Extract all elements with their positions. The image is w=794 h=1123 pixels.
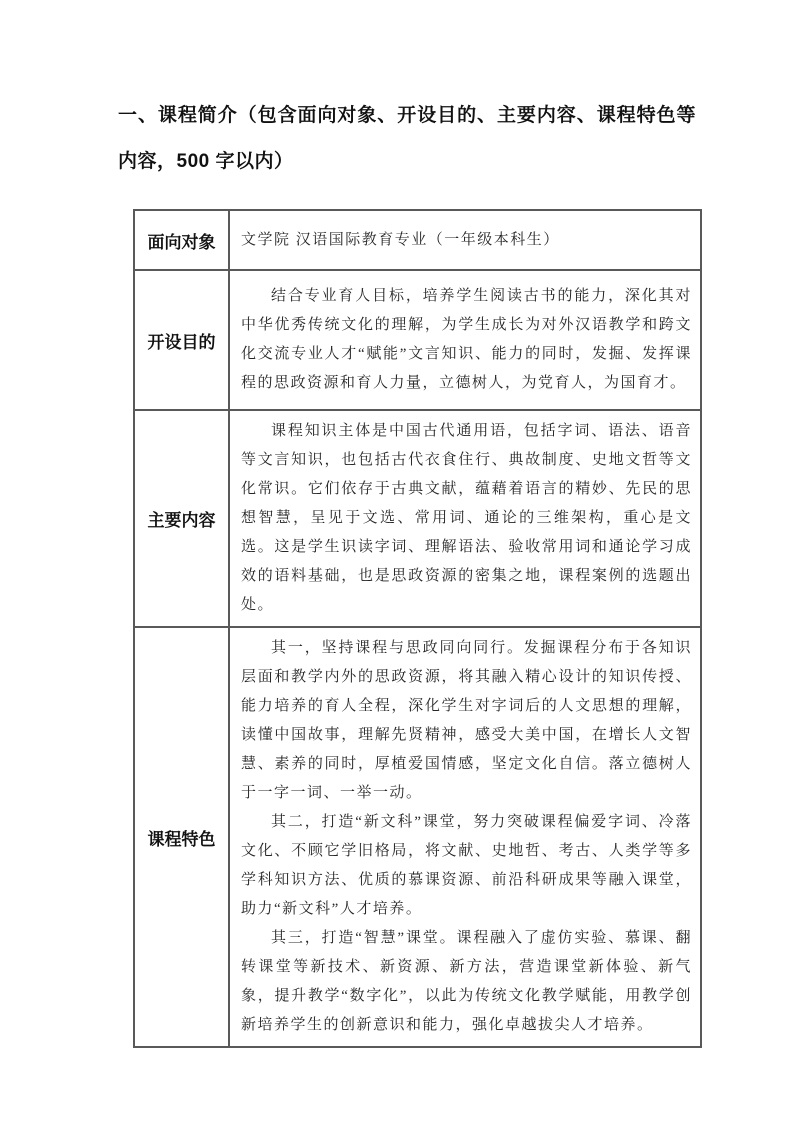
section-heading: 一、课程简介（包含面向对象、开设目的、主要内容、课程特色等内容，500 字以内）	[118, 93, 696, 185]
row-label-course-features: 课程特色	[134, 627, 229, 1047]
table-row-target-audience: 面向对象 文学院 汉语国际教育专业（一年级本科生）	[134, 210, 701, 270]
row-label-course-purpose: 开设目的	[134, 270, 229, 410]
course-intro-table: 面向对象 文学院 汉语国际教育专业（一年级本科生） 开设目的 结合专业育人目标，…	[133, 209, 702, 1048]
content-paragraph: 文学院 汉语国际教育专业（一年级本科生）	[241, 226, 692, 255]
content-paragraph: 其一，坚持课程与思政同向同行。发掘课程分布于各知识层面和教学内外的思政资源，将其…	[241, 634, 692, 808]
row-content-course-purpose: 结合专业育人目标，培养学生阅读古书的能力，深化其对中华优秀传统文化的理解，为学生…	[229, 270, 701, 410]
content-paragraph: 其二，打造“新文科”课堂，努力突破课程偏爱字词、冷落文化、不顾它学旧格局，将文献…	[241, 808, 692, 924]
row-label-main-content: 主要内容	[134, 410, 229, 627]
table-row-course-features: 课程特色 其一，坚持课程与思政同向同行。发掘课程分布于各知识层面和教学内外的思政…	[134, 627, 701, 1047]
content-paragraph: 课程知识主体是中国古代通用语，包括字词、语法、语音等文言知识，也包括古代衣食住行…	[241, 417, 692, 620]
row-content-target-audience: 文学院 汉语国际教育专业（一年级本科生）	[229, 210, 701, 270]
row-content-course-features: 其一，坚持课程与思政同向同行。发掘课程分布于各知识层面和教学内外的思政资源，将其…	[229, 627, 701, 1047]
row-content-main-content: 课程知识主体是中国古代通用语，包括字词、语法、语音等文言知识，也包括古代衣食住行…	[229, 410, 701, 627]
content-paragraph: 其三，打造“智慧”课堂。课程融入了虚仿实验、慕课、翻转课堂等新技术、新资源、新方…	[241, 924, 692, 1040]
document-page: 一、课程简介（包含面向对象、开设目的、主要内容、课程特色等内容，500 字以内）…	[0, 0, 794, 1123]
content-paragraph: 结合专业育人目标，培养学生阅读古书的能力，深化其对中华优秀传统文化的理解，为学生…	[241, 282, 692, 398]
row-label-target-audience: 面向对象	[134, 210, 229, 270]
table-row-main-content: 主要内容 课程知识主体是中国古代通用语，包括字词、语法、语音等文言知识，也包括古…	[134, 410, 701, 627]
table-row-course-purpose: 开设目的 结合专业育人目标，培养学生阅读古书的能力，深化其对中华优秀传统文化的理…	[134, 270, 701, 410]
